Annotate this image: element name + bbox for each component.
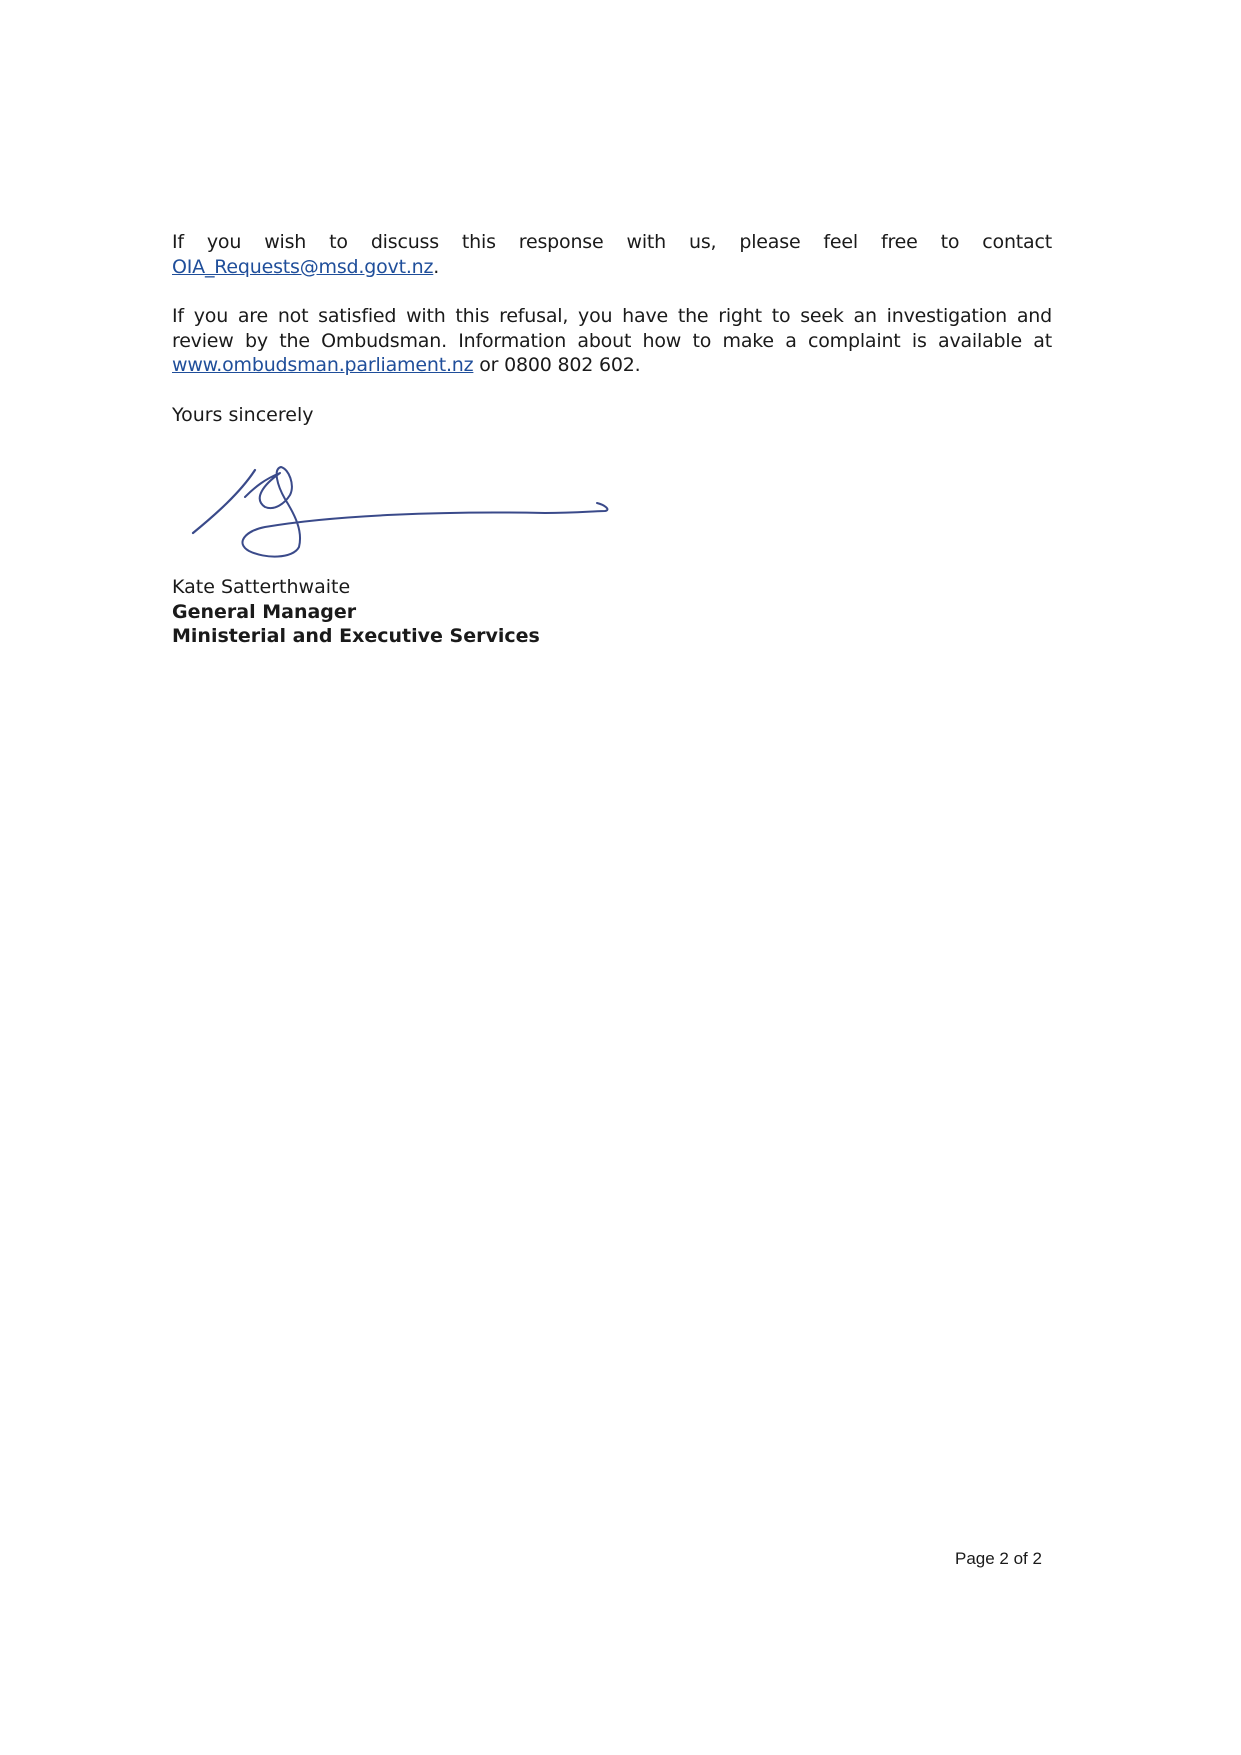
document-page: If you wish to discuss this response wit… xyxy=(0,0,1241,1755)
closing-salutation: Yours sincerely xyxy=(172,403,313,427)
ombudsman-paragraph: If you are not satisfied with this refus… xyxy=(172,304,1052,378)
email-link[interactable]: OIA_Requests@msd.govt.nz xyxy=(172,256,433,278)
ombudsman-website-link[interactable]: www.ombudsman.parliament.nz xyxy=(172,354,473,376)
ombudsman-phone-text: or 0800 802 602. xyxy=(473,354,640,376)
page-number: Page 2 of 2 xyxy=(955,1549,1042,1569)
signature-block: Kate Satterthwaite General Manager Minis… xyxy=(172,575,540,649)
signature-icon xyxy=(185,455,635,565)
ombudsman-text: If you are not satisfied with this refus… xyxy=(172,305,1052,352)
contact-period: . xyxy=(433,256,439,278)
signatory-department: Ministerial and Executive Services xyxy=(172,624,540,649)
signatory-name: Kate Satterthwaite xyxy=(172,575,540,600)
contact-text: If you wish to discuss this response wit… xyxy=(172,230,1052,255)
contact-paragraph: If you wish to discuss this response wit… xyxy=(172,230,1052,279)
signatory-title: General Manager xyxy=(172,600,540,625)
